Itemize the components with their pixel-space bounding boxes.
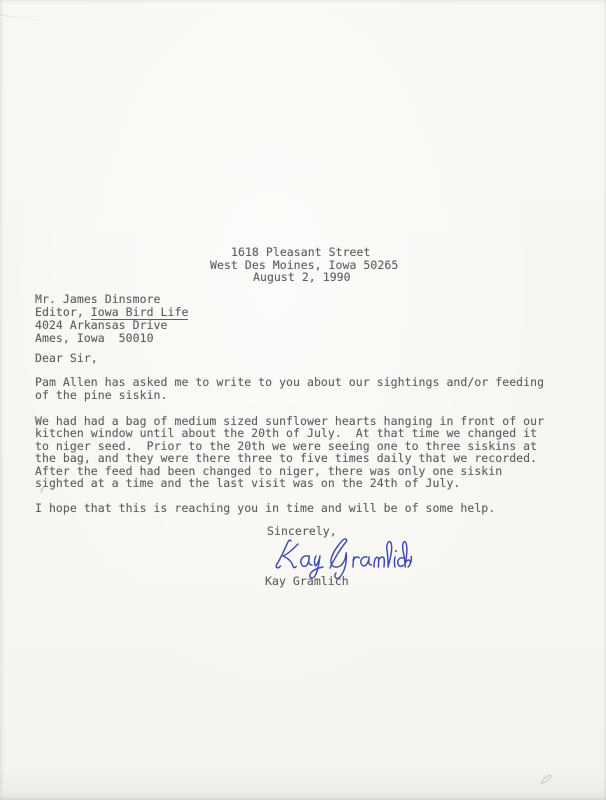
typed-signature-name: Kay Gramlich: [265, 575, 349, 588]
signature-stroke-k-stem: [276, 540, 291, 568]
recipient-city-state-zip: Ames, Iowa 50010: [35, 332, 154, 345]
signature-stroke-h: [403, 542, 412, 567]
signature-stroke-c: [398, 558, 404, 567]
signature-stroke-a1: [301, 556, 312, 567]
signature-stroke-m: [374, 557, 384, 567]
signature-stroke-i: [394, 551, 396, 567]
letter-page: 1618 Pleasant Street West Des Moines, Io…: [0, 0, 606, 800]
letter-date: August 2, 1990: [253, 271, 351, 284]
paper-stray-mark: [40, 487, 44, 493]
body-p1-line2: of the pine siskin.: [35, 389, 168, 402]
salutation: Dear Sir,: [35, 352, 98, 365]
recipient-title-prefix: Editor,: [35, 305, 91, 319]
signature-stroke-g-loop: [330, 539, 347, 568]
pencil-smudge-mark: [539, 773, 555, 787]
signature-stroke-r: [353, 557, 359, 567]
paper-crease-mark: [0, 15, 48, 23]
body-p3-line1: I hope that this is reaching you in time…: [35, 502, 495, 515]
body-p2-line6: sighted at a time and the last visit was…: [35, 477, 460, 490]
signature-stroke-a2: [361, 557, 372, 566]
signature-stroke-l: [387, 542, 392, 567]
